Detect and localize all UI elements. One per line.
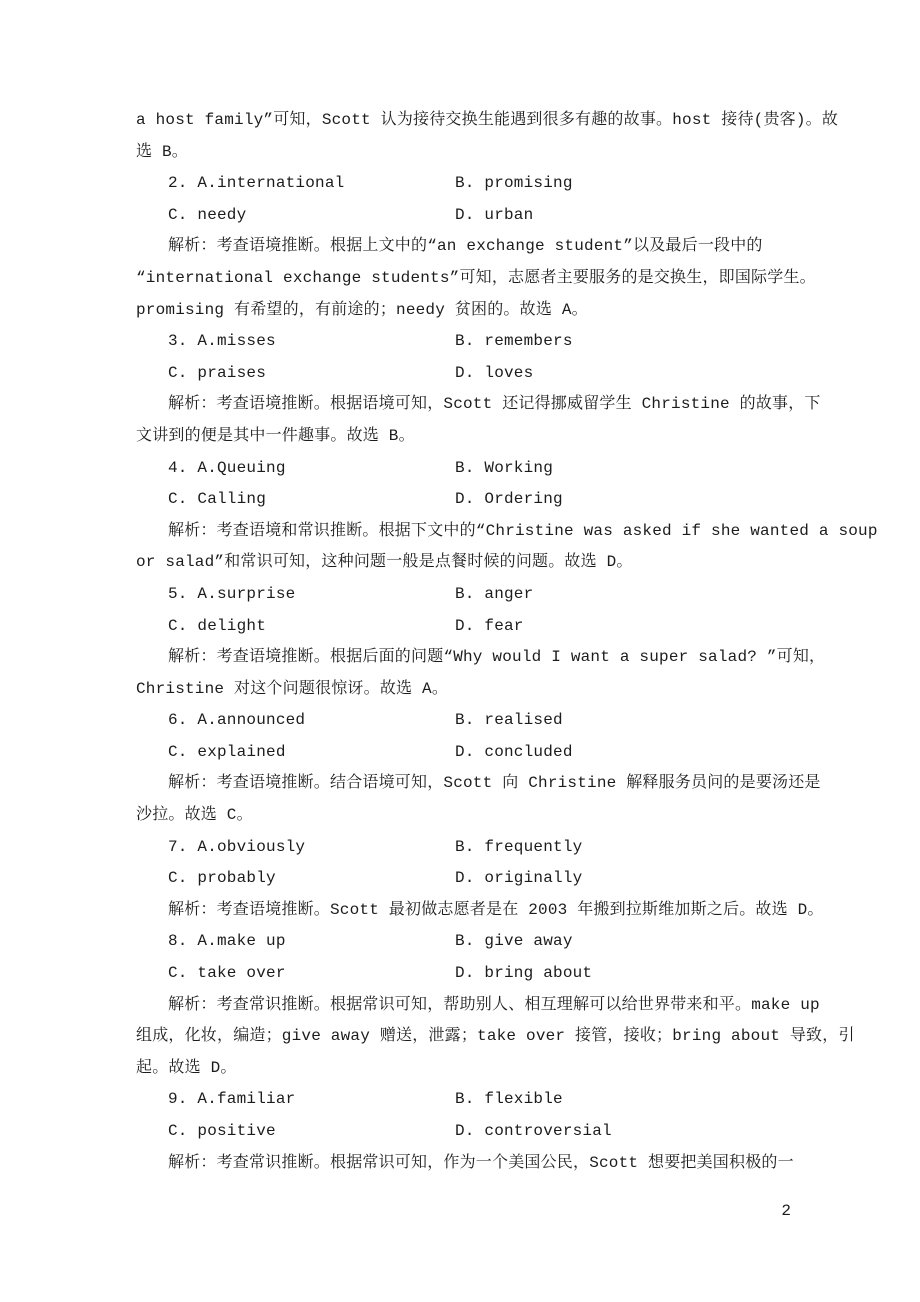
- option-left: C. explained: [168, 737, 286, 769]
- explanation-line: 起。故选 D。: [136, 1053, 798, 1085]
- explanation-line: 解析：考查语境和常识推断。根据下文中的“Christine was asked …: [136, 516, 798, 548]
- explanation-line: a host family”可知，Scott 认为接待交换生能遇到很多有趣的故事…: [136, 105, 798, 137]
- option-right: D. urban: [455, 200, 533, 232]
- option-left: C. delight: [168, 611, 266, 643]
- question-option-row: C. praisesD. loves: [136, 358, 798, 390]
- question-option-row: C. needyD. urban: [136, 200, 798, 232]
- option-left: C. needy: [168, 200, 246, 232]
- explanation-line: promising 有希望的，有前途的；needy 贫困的。故选 A。: [136, 295, 798, 327]
- option-right: D. concluded: [455, 737, 573, 769]
- option-left: 5. A.surprise: [168, 579, 295, 611]
- explanation-line: 文讲到的便是其中一件趣事。故选 B。: [136, 421, 798, 453]
- option-left: C. take over: [168, 958, 286, 990]
- option-right: B. remembers: [455, 326, 573, 358]
- option-left: 3. A.misses: [168, 326, 276, 358]
- explanation-line: 选 B。: [136, 137, 798, 169]
- option-left: C. praises: [168, 358, 266, 390]
- page-number: 2: [136, 1196, 791, 1228]
- document-body: a host family”可知，Scott 认为接待交换生能遇到很多有趣的故事…: [136, 105, 798, 1179]
- option-left: C. Calling: [168, 484, 266, 516]
- option-right: B. flexible: [455, 1084, 563, 1116]
- option-left: 2. A.international: [168, 168, 344, 200]
- option-left: C. probably: [168, 863, 276, 895]
- explanation-line: 解析：考查常识推断。根据常识可知，帮助别人、相互理解可以给世界带来和平。make…: [136, 990, 798, 1022]
- option-right: D. fear: [455, 611, 524, 643]
- option-right: D. originally: [455, 863, 582, 895]
- question-option-row: 2. A.internationalB. promising: [136, 168, 798, 200]
- option-left: 6. A.announced: [168, 705, 305, 737]
- option-right: B. realised: [455, 705, 563, 737]
- explanation-line: or salad”和常识可知，这种问题一般是点餐时候的问题。故选 D。: [136, 547, 798, 579]
- option-right: B. Working: [455, 453, 553, 485]
- question-option-row: 4. A.QueuingB. Working: [136, 453, 798, 485]
- explanation-line: “international exchange students”可知，志愿者主…: [136, 263, 798, 295]
- option-right: D. Ordering: [455, 484, 563, 516]
- option-right: B. anger: [455, 579, 533, 611]
- explanation-line: 沙拉。故选 C。: [136, 800, 798, 832]
- question-option-row: C. CallingD. Ordering: [136, 484, 798, 516]
- option-right: D. controversial: [455, 1116, 612, 1148]
- document-page: a host family”可知，Scott 认为接待交换生能遇到很多有趣的故事…: [0, 0, 920, 1302]
- question-option-row: C. probablyD. originally: [136, 863, 798, 895]
- question-option-row: 8. A.make upB. give away: [136, 926, 798, 958]
- question-option-row: 3. A.missesB. remembers: [136, 326, 798, 358]
- question-option-row: 5. A.surpriseB. anger: [136, 579, 798, 611]
- option-right: D. bring about: [455, 958, 592, 990]
- question-option-row: C. delightD. fear: [136, 611, 798, 643]
- option-left: C. positive: [168, 1116, 276, 1148]
- option-left: 9. A.familiar: [168, 1084, 295, 1116]
- option-left: 8. A.make up: [168, 926, 286, 958]
- explanation-line: 解析：考查语境推断。Scott 最初做志愿者是在 2003 年搬到拉斯维加斯之后…: [136, 895, 798, 927]
- question-option-row: C. take overD. bring about: [136, 958, 798, 990]
- option-right: B. frequently: [455, 832, 582, 864]
- explanation-line: Christine 对这个问题很惊讶。故选 A。: [136, 674, 798, 706]
- option-left: 4. A.Queuing: [168, 453, 286, 485]
- question-option-row: C. positiveD. controversial: [136, 1116, 798, 1148]
- question-option-row: 9. A.familiarB. flexible: [136, 1084, 798, 1116]
- explanation-line: 解析：考查常识推断。根据常识可知，作为一个美国公民，Scott 想要把美国积极的…: [136, 1148, 798, 1180]
- option-left: 7. A.obviously: [168, 832, 305, 864]
- explanation-line: 解析：考查语境推断。结合语境可知，Scott 向 Christine 解释服务员…: [136, 768, 798, 800]
- option-right: B. promising: [455, 168, 573, 200]
- explanation-line: 解析：考查语境推断。根据语境可知，Scott 还记得挪威留学生 Christin…: [136, 389, 798, 421]
- explanation-line: 解析：考查语境推断。根据后面的问题“Why would I want a sup…: [136, 642, 798, 674]
- question-option-row: 6. A.announcedB. realised: [136, 705, 798, 737]
- option-right: B. give away: [455, 926, 573, 958]
- explanation-line: 组成，化妆，编造；give away 赠送，泄露；take over 接管，接收…: [136, 1021, 798, 1053]
- option-right: D. loves: [455, 358, 533, 390]
- question-option-row: C. explainedD. concluded: [136, 737, 798, 769]
- explanation-line: 解析：考查语境推断。根据上文中的“an exchange student”以及最…: [136, 231, 798, 263]
- question-option-row: 7. A.obviouslyB. frequently: [136, 832, 798, 864]
